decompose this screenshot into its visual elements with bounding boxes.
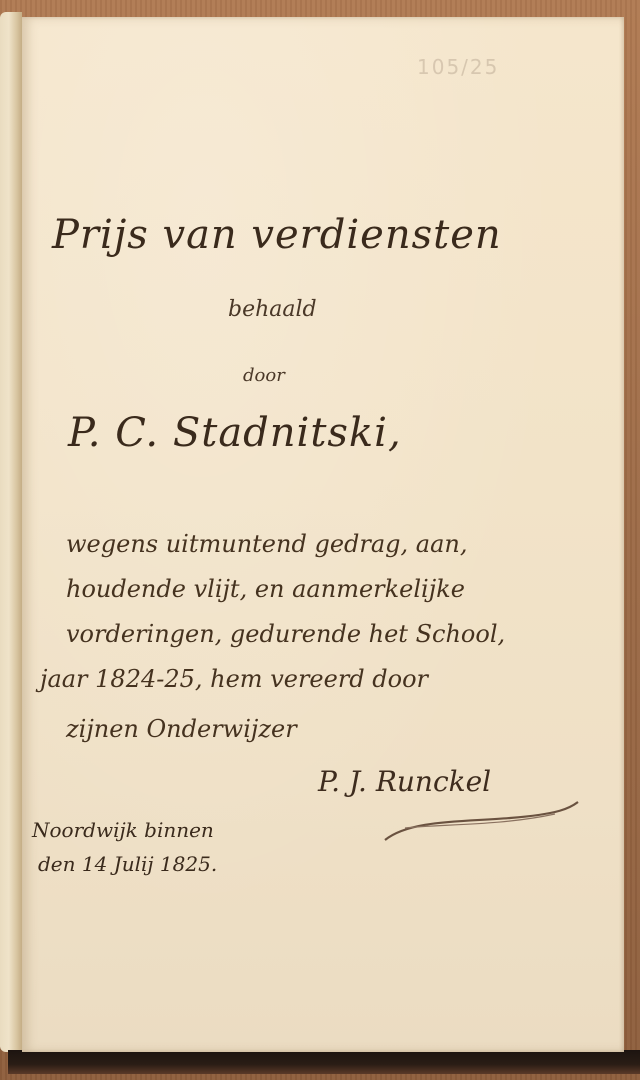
inscription-behaald: behaald xyxy=(228,297,317,322)
book-cover-bottom-edge xyxy=(8,1050,640,1074)
inscription-title: Prijs van verdiensten xyxy=(52,212,502,258)
teacher-signature: P. J. Runckel xyxy=(318,765,491,798)
body-line: vorderingen, gedurende het School, xyxy=(66,620,505,648)
body-line: zijnen Onderwijzer xyxy=(66,715,297,743)
place-line: Noordwijk binnen xyxy=(32,818,214,842)
body-line: houdende vlijt, en aanmerkelijke xyxy=(66,575,465,603)
signature-flourish-icon xyxy=(380,800,580,850)
date-line: den 14 Julij 1825. xyxy=(38,852,217,876)
body-line: wegens uitmuntend gedrag, aan, xyxy=(66,530,468,558)
inscription-door: door xyxy=(243,365,285,386)
book-spine-edge xyxy=(0,12,22,1052)
pencil-catalog-note: 105/25 xyxy=(417,55,499,79)
recipient-name: P. C. Stadnitski, xyxy=(68,410,402,456)
body-line: jaar 1824-25, hem vereerd door xyxy=(40,665,428,693)
